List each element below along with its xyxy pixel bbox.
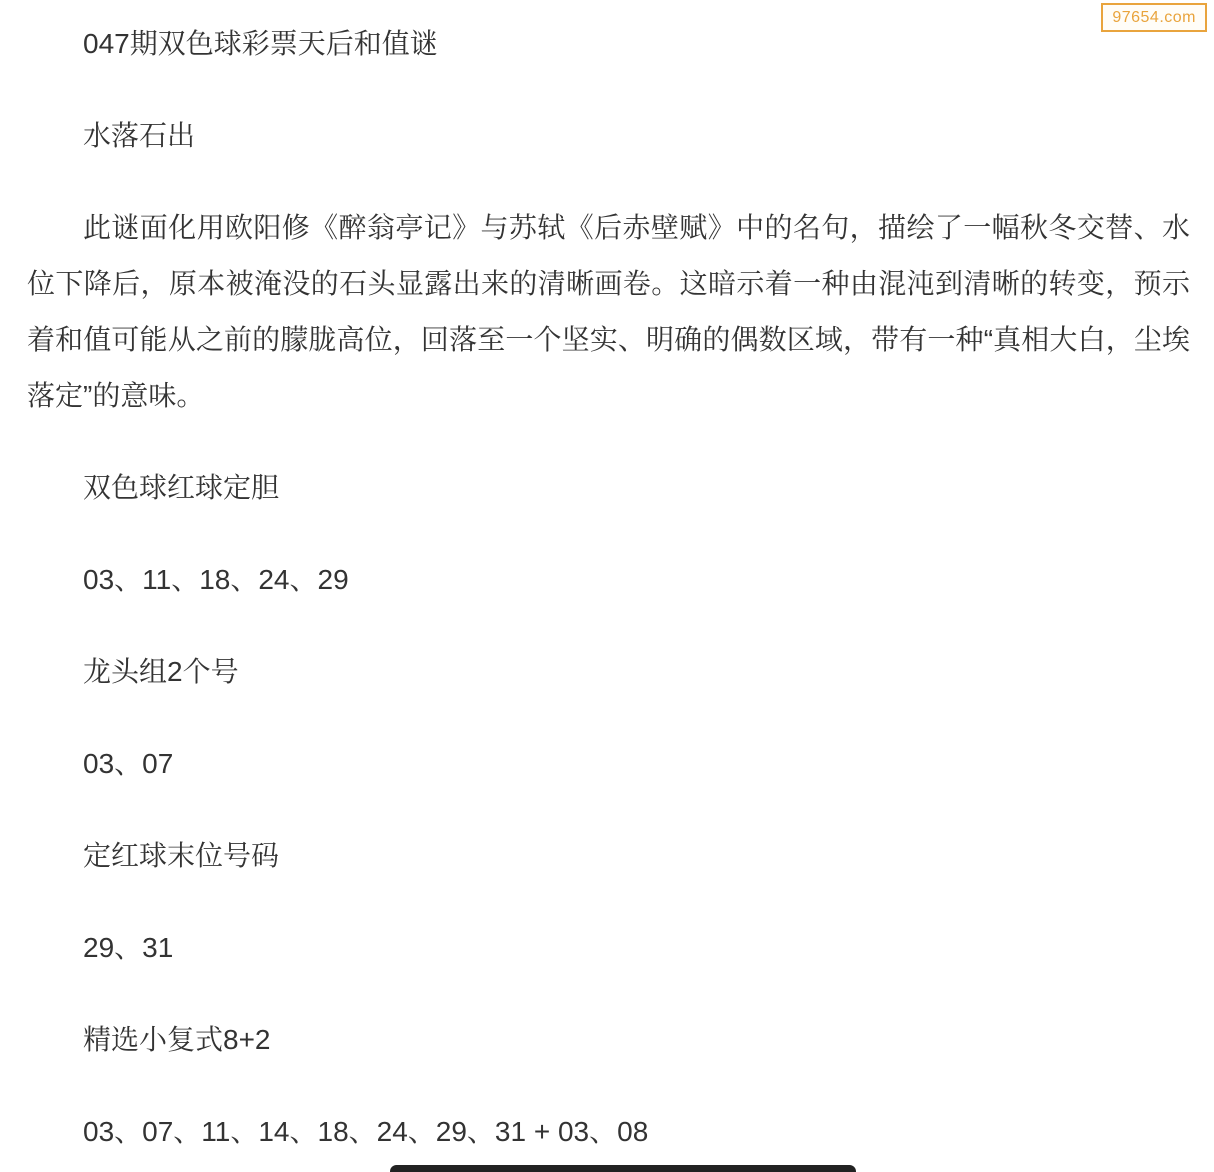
section-label-red-ball-picks: 双色球红球定胆 — [27, 460, 1190, 516]
section-value-leader-group: 03、07 — [27, 736, 1190, 792]
section-label-selected-combo: 精选小复式8+2 — [27, 1012, 1190, 1068]
article-subtitle: 水落石出 — [27, 108, 1190, 164]
article-paragraph: 此谜面化用欧阳修《醉翁亭记》与苏轼《后赤壁赋》中的名句，描绘了一幅秋冬交替、水位… — [27, 200, 1190, 424]
article-content: 047期双色球彩票天后和值谜 水落石出 此谜面化用欧阳修《醉翁亭记》与苏轼《后赤… — [0, 0, 1214, 1160]
section-value-selected-combo: 03、07、11、14、18、24、29、31 + 03、08 — [27, 1104, 1190, 1160]
article-page: 97654.com 047期双色球彩票天后和值谜 水落石出 此谜面化用欧阳修《醉… — [0, 0, 1214, 1172]
bottom-bar — [390, 1165, 856, 1172]
site-watermark-badge: 97654.com — [1101, 3, 1207, 32]
section-value-red-ball-picks: 03、11、18、24、29 — [27, 552, 1190, 608]
section-value-last-position: 29、31 — [27, 920, 1190, 976]
section-label-last-position: 定红球末位号码 — [27, 828, 1190, 884]
article-title: 047期双色球彩票天后和值谜 — [27, 16, 1190, 72]
section-label-leader-group: 龙头组2个号 — [27, 644, 1190, 700]
